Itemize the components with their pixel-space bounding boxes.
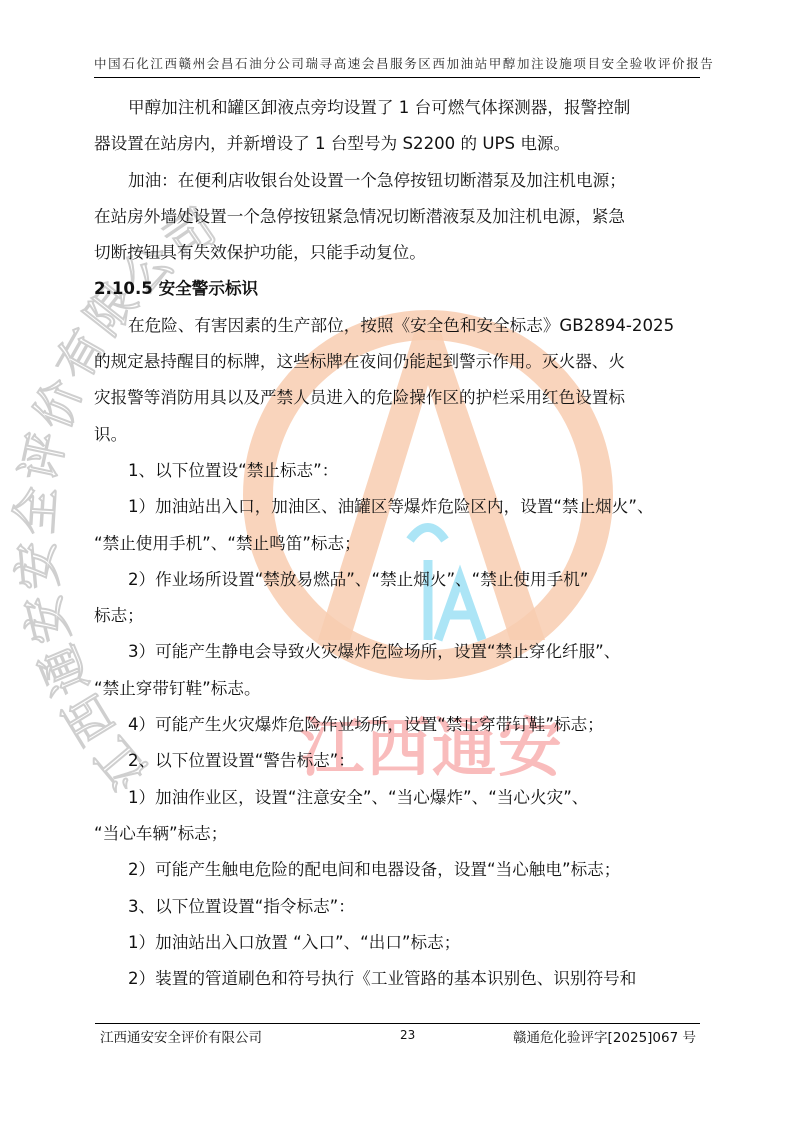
- intro-paragraphs: 甲醇加注机和罐区卸液点旁均设置了 1 台可燃气体探测器，报警控制器设置在站房内，…: [94, 90, 700, 271]
- text-line: 2、以下位置设置“警告标志”：: [94, 743, 700, 779]
- footer-doc-number: 赣通危化验评字[2025]067 号: [513, 1026, 696, 1046]
- text-line: 1）加油作业区，设置“注意安全”、“当心爆炸”、“当心火灾”、: [94, 780, 700, 816]
- text-line: 4）可能产生火灾爆炸危险作业场所，设置“禁止穿带钉鞋”标志；: [94, 707, 700, 743]
- document-page: 江西通安安全评价有限公司 江西通安 中国石化江西赣州会昌石油分公司瑞寻高速会昌服…: [0, 0, 793, 1122]
- text-line: 在危险、有害因素的生产部位，按照《安全色和安全标志》GB2894-2025: [94, 308, 700, 344]
- text-line: 甲醇加注机和罐区卸液点旁均设置了 1 台可燃气体探测器，报警控制: [94, 90, 700, 126]
- text-line: 1）加油站出入口，加油区、油罐区等爆炸危险区内，设置“禁止烟火”、: [94, 489, 700, 525]
- text-line: 加油：在便利店收银台处设置一个急停按钮切断潜泵及加注机电源；: [94, 163, 700, 199]
- body-content: 甲醇加注机和罐区卸液点旁均设置了 1 台可燃气体探测器，报警控制器设置在站房内，…: [94, 90, 700, 997]
- text-line: 切断按钮具有失效保护功能，只能手动复位。: [94, 235, 700, 271]
- footer-company: 江西通安安全评价有限公司: [100, 1026, 262, 1046]
- page-number: 23: [400, 1028, 415, 1042]
- text-line: 1）加油站出入口放置 “入口”、“出口”标志；: [94, 925, 700, 961]
- text-line: “当心车辆”标志；: [94, 816, 700, 852]
- section-heading: 2.10.5 安全警示标识: [94, 271, 700, 307]
- text-line: 2）作业场所设置“禁放易燃品”、“禁止烟火”、“禁止使用手机”: [94, 562, 700, 598]
- running-header: 中国石化江西赣州会昌石油分公司瑞寻高速会昌服务区西加油站甲醇加注设施项目安全验收…: [94, 54, 700, 76]
- running-footer: 江西通安安全评价有限公司 23 赣通危化验评字[2025]067 号: [100, 1026, 696, 1046]
- section-paragraphs: 在危险、有害因素的生产部位，按照《安全色和安全标志》GB2894-2025的规定…: [94, 308, 700, 998]
- text-line: 2）可能产生触电危险的配电间和电器设备，设置“当心触电”标志；: [94, 852, 700, 888]
- text-line: 2）装置的管道刷色和符号执行《工业管路的基本识别色、识别符号和: [94, 961, 700, 997]
- footer-divider: [95, 1023, 700, 1024]
- header-divider: [94, 77, 700, 78]
- text-line: 3、以下位置设置“指令标志”：: [94, 889, 700, 925]
- text-line: 的规定悬持醒目的标牌，这些标牌在夜间仍能起到警示作用。灭火器、火: [94, 344, 700, 380]
- text-line: 灾报警等消防用具以及严禁人员进入的危险操作区的护栏采用红色设置标: [94, 380, 700, 416]
- text-line: “禁止使用手机”、“禁止鸣笛”标志；: [94, 526, 700, 562]
- text-line: 器设置在站房内，并新增设了 1 台型号为 S2200 的 UPS 电源。: [94, 126, 700, 162]
- text-line: “禁止穿带钉鞋”标志。: [94, 671, 700, 707]
- text-line: 在站房外墙处设置一个急停按钮紧急情况切断潜液泵及加注机电源，紧急: [94, 199, 700, 235]
- text-line: 识。: [94, 417, 700, 453]
- text-line: 1、以下位置设“禁止标志”：: [94, 453, 700, 489]
- text-line: 标志；: [94, 598, 700, 634]
- text-line: 3）可能产生静电会导致火灾爆炸危险场所，设置“禁止穿化纤服”、: [94, 634, 700, 670]
